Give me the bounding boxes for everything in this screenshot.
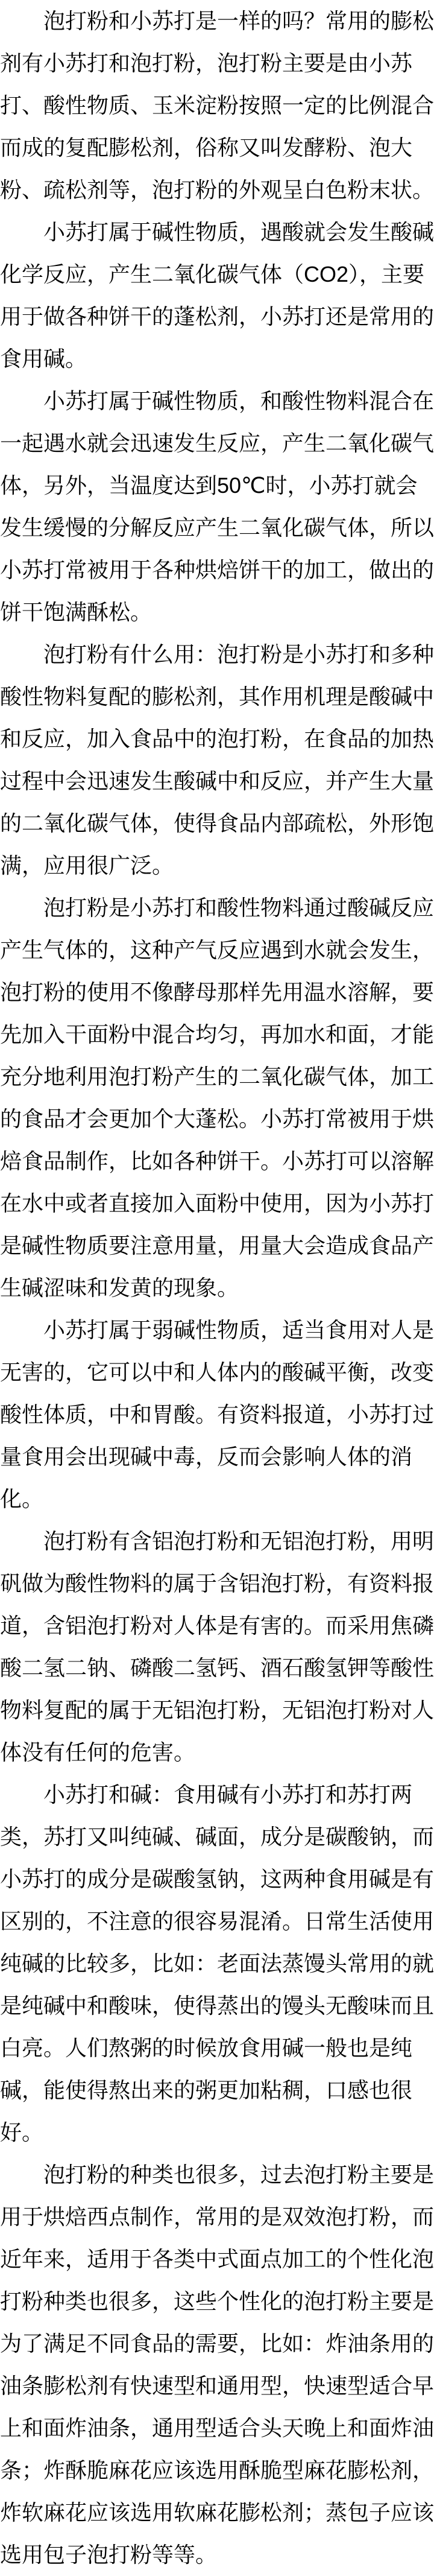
paragraph-health-effects: 小苏打属于弱碱性物质，适当食用对人是无害的，它可以中和人体内的酸碱平衡，改变酸性…: [0, 1309, 434, 1520]
article: 泡打粉和小苏打是一样的吗？常用的膨松剂有小苏打和泡打粉，泡打粉主要是由小苏打、酸…: [0, 0, 434, 2576]
paragraph-baking-soda-acid: 小苏打属于碱性物质，遇酸就会发生酸碱化学反应，产生二氧化碳气体（CO2），主要用…: [0, 211, 434, 380]
paragraph-intro: 泡打粉和小苏打是一样的吗？常用的膨松剂有小苏打和泡打粉，泡打粉主要是由小苏打、酸…: [0, 0, 434, 211]
paragraph-baking-soda-heat: 小苏打属于碱性物质，和酸性物料混合在一起遇水就会迅速发生反应，产生二氧化碳气体，…: [0, 380, 434, 633]
paragraph-powder-varieties: 泡打粉的种类也很多，过去泡打粉主要是用于烘焙西点制作，常用的是双效泡打粉，而近年…: [0, 2154, 434, 2576]
paragraph-soda-vs-alkali: 小苏打和碱：食用碱有小苏打和苏打两类，苏打又叫纯碱、碱面，成分是碳酸钠，而小苏打…: [0, 1774, 434, 2154]
paragraph-aluminum-types: 泡打粉有含铝泡打粉和无铝泡打粉，用明矾做为酸性物料的属于含铝泡打粉，有资料报道，…: [0, 1520, 434, 1774]
paragraph-usage-method: 泡打粉是小苏打和酸性物料通过酸碱反应产生气体的，这种产气反应遇到水就会发生，泡打…: [0, 887, 434, 1309]
paragraph-baking-powder-use: 泡打粉有什么用：泡打粉是小苏打和多种酸性物料复配的膨松剂，其作用机理是酸碱中和反…: [0, 633, 434, 887]
